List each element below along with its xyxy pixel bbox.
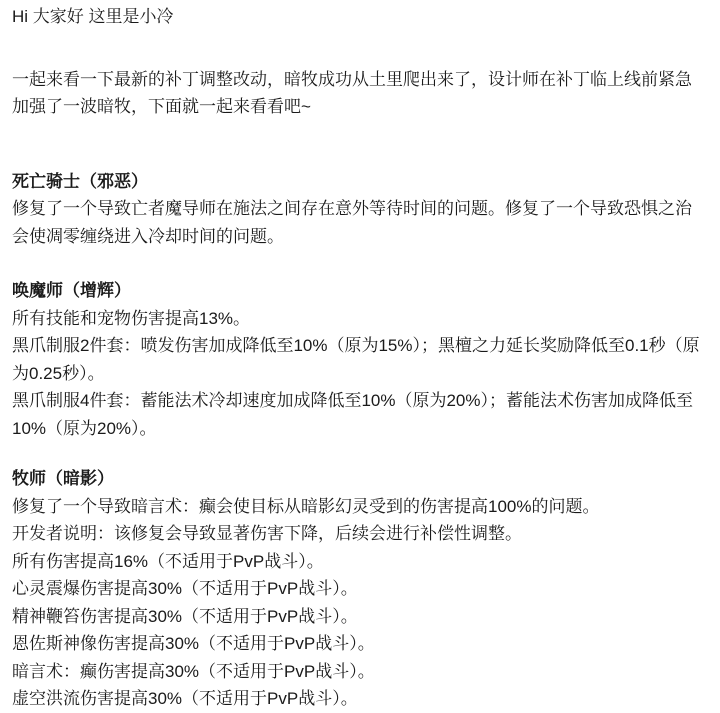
patch-note-line: 精神鞭笞伤害提高30%（不适用于PvP战斗）。	[12, 603, 706, 631]
patch-note-line: 修复了一个导致暗言术：癫会使目标从暗影幻灵受到的伤害提高100%的问题。	[12, 493, 706, 521]
patch-note-line: 所有伤害提高16%（不适用于PvP战斗）。	[12, 548, 706, 576]
section-evoker: 唤魔师（增辉） 所有技能和宠物伤害提高13%。 黑爪制服2件套：喷发伤害加成降低…	[12, 277, 706, 442]
intro-paragraph: 一起来看一下最新的补丁调整改动，暗牧成功从土里爬出来了，设计师在补丁临上线前紧急…	[12, 66, 706, 121]
patch-note-line: 虚空洪流伤害提高30%（不适用于PvP战斗）。	[12, 685, 706, 713]
patch-note-line: 修复了一个导致亡者魔导师在施法之间存在意外等待时间的问题。修复了一个导致恐惧之治…	[12, 195, 706, 250]
patch-note-line: 暗言术：癫伤害提高30%（不适用于PvP战斗）。	[12, 658, 706, 686]
patch-note-line: 黑爪制服2件套：喷发伤害加成降低至10%（原为15%）；黑檀之力延长奖励降低至0…	[12, 332, 706, 387]
patch-note-line: 心灵震爆伤害提高30%（不适用于PvP战斗）。	[12, 575, 706, 603]
section-death-knight: 死亡骑士（邪恶） 修复了一个导致亡者魔导师在施法之间存在意外等待时间的问题。修复…	[12, 168, 706, 251]
section-priest: 牧师（暗影） 修复了一个导致暗言术：癫会使目标从暗影幻灵受到的伤害提高100%的…	[12, 465, 706, 713]
patch-note-line: 开发者说明：该修复会导致显著伤害下降，后续会进行补偿性调整。	[12, 520, 706, 548]
section-heading-priest: 牧师（暗影）	[12, 465, 706, 493]
intro-greeting: Hi 大家好 这里是小冷	[12, 3, 706, 31]
patch-note-line: 黑爪制服4件套：蓄能法术冷却速度加成降低至10%（原为20%）；蓄能法术伤害加成…	[12, 387, 706, 442]
patch-note-line: 恩佐斯神像伤害提高30%（不适用于PvP战斗）。	[12, 630, 706, 658]
section-heading-death-knight: 死亡骑士（邪恶）	[12, 168, 706, 196]
article: Hi 大家好 这里是小冷 一起来看一下最新的补丁调整改动，暗牧成功从土里爬出来了…	[0, 0, 720, 713]
patch-note-line: 所有技能和宠物伤害提高13%。	[12, 305, 706, 333]
section-heading-evoker: 唤魔师（增辉）	[12, 277, 706, 305]
